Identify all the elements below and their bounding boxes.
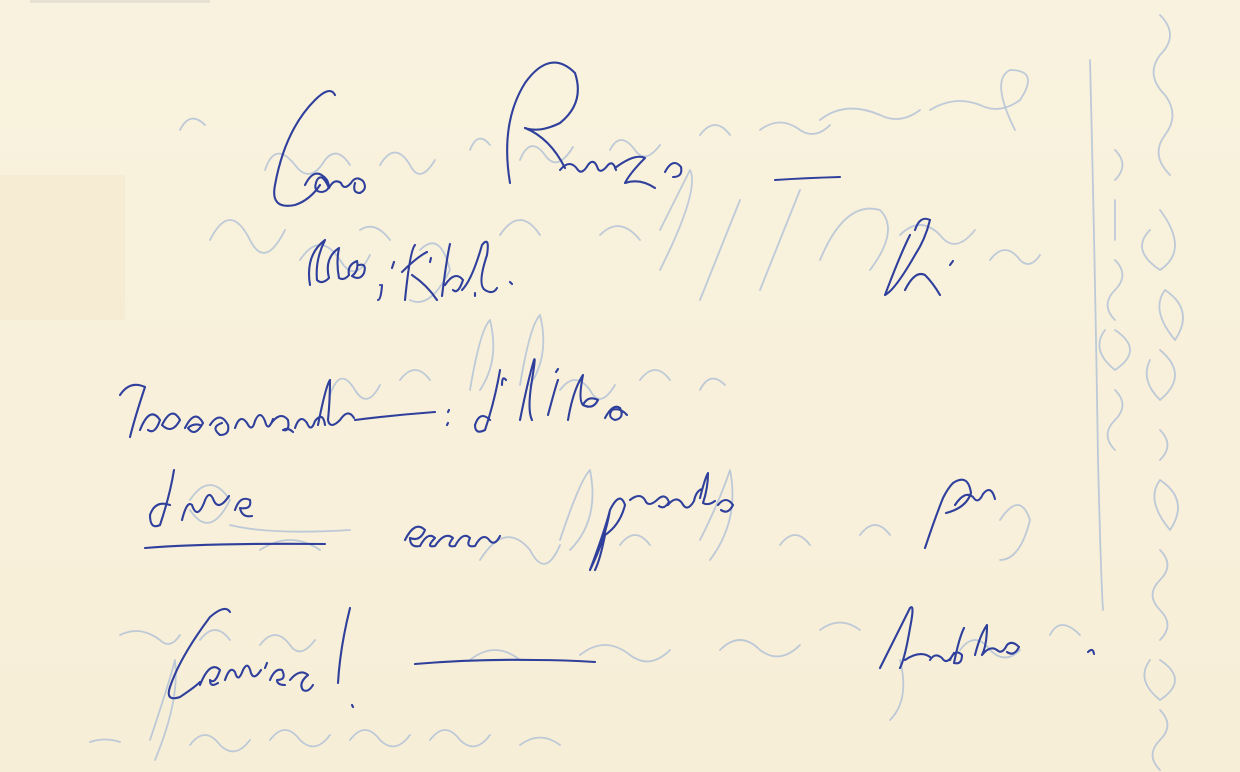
handwritten-note-page: Caro Renzo — ecco i titoli. Mi raccomand…: [0, 0, 1240, 772]
line-2-text: ecco i titoli. Mi: [300, 240, 547, 287]
line-3-text: raccomando: il libro: [120, 375, 444, 422]
line-5-text: Cannes! —— Andrea: [170, 620, 517, 667]
salutation-text: Caro Renzo —: [270, 120, 510, 167]
line-4-text: deve essere pronto per: [145, 490, 504, 537]
